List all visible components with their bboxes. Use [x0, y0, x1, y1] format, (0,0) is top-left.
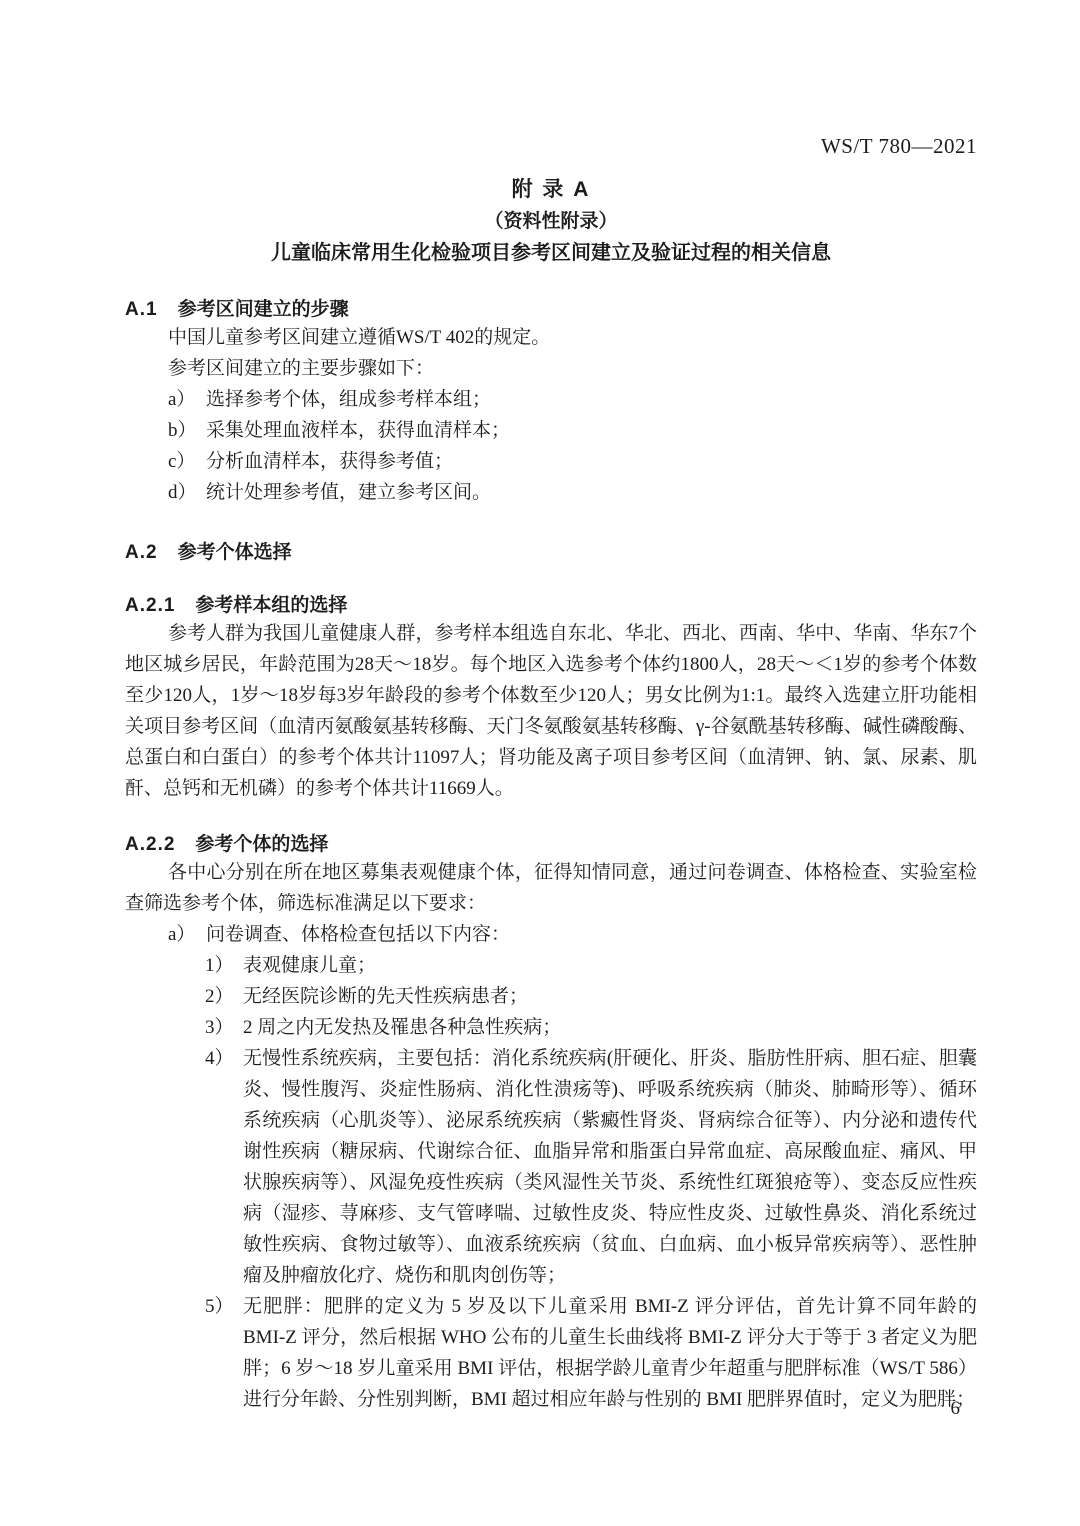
- paragraph: 中国儿童参考区间建立遵循WS/T 402的规定。: [125, 322, 977, 353]
- list-marker: c）: [168, 446, 206, 477]
- section-title: 参考个体的选择: [195, 834, 328, 855]
- section-heading-a22: A.2.2参考个体的选择: [125, 832, 977, 857]
- list-item: b） 采集处理血液样本，获得血清样本；: [168, 415, 977, 446]
- list-item: d） 统计处理参考值，建立参考区间。: [168, 477, 977, 508]
- list-item: a） 问卷调查、体格检查包括以下内容：: [168, 919, 977, 950]
- list-item: a） 选择参考个体，组成参考样本组；: [168, 384, 977, 415]
- list-item-text: 选择参考个体，组成参考样本组；: [206, 384, 977, 415]
- appendix-subtitle: （资料性附录）: [125, 209, 977, 235]
- list-item-text: 2 周之内无发热及罹患各种急性疾病；: [243, 1012, 977, 1043]
- section-heading-a1: A.1参考区间建立的步骤: [125, 297, 977, 322]
- list-marker: 5）: [205, 1291, 243, 1322]
- section-heading-a2: A.2参考个体选择: [125, 540, 977, 565]
- criteria-list: a） 问卷调查、体格检查包括以下内容：: [168, 919, 977, 950]
- list-item-text: 无经医院诊断的先天性疾病患者；: [243, 981, 977, 1012]
- section-title: 参考个体选择: [178, 542, 292, 563]
- list-item-text: 采集处理血液样本，获得血清样本；: [206, 415, 977, 446]
- list-item-text: 分析血清样本，获得参考值；: [206, 446, 977, 477]
- list-marker: 4）: [205, 1043, 243, 1074]
- steps-list: a） 选择参考个体，组成参考样本组； b） 采集处理血液样本，获得血清样本； c…: [168, 384, 977, 508]
- list-item: c） 分析血清样本，获得参考值；: [168, 446, 977, 477]
- list-marker: 2）: [205, 981, 243, 1012]
- appendix-title: 附 录 A: [125, 176, 977, 203]
- list-item-text: 无肥胖：肥胖的定义为 5 岁及以下儿童采用 BMI-Z 评分评估，首先计算不同年…: [243, 1291, 977, 1415]
- page-number: 6: [951, 1396, 961, 1422]
- paragraph: 参考人群为我国儿童健康人群，参考样本组选自东北、华北、西北、西南、华中、华南、华…: [125, 618, 977, 804]
- list-marker: a）: [168, 384, 206, 415]
- list-marker: a）: [168, 919, 206, 950]
- list-item-text: 表观健康儿童；: [243, 950, 977, 981]
- list-item-text: 无慢性系统疾病，主要包括：消化系统疾病(肝硬化、肝炎、脂肪性肝病、胆石症、胆囊炎…: [243, 1043, 977, 1291]
- section-heading-a21: A.2.1参考样本组的选择: [125, 593, 977, 618]
- list-item: 1） 表观健康儿童；: [205, 950, 977, 981]
- list-item: 4） 无慢性系统疾病，主要包括：消化系统疾病(肝硬化、肝炎、脂肪性肝病、胆石症、…: [205, 1043, 977, 1291]
- list-item: 2） 无经医院诊断的先天性疾病患者；: [205, 981, 977, 1012]
- list-item-text: 统计处理参考值，建立参考区间。: [206, 477, 977, 508]
- list-marker: 3）: [205, 1012, 243, 1043]
- page-content: WS/T 780—2021 附 录 A （资料性附录） 儿童临床常用生化检验项目…: [125, 0, 977, 1415]
- list-item-text: 问卷调查、体格检查包括以下内容：: [206, 919, 977, 950]
- doc-number: WS/T 780—2021: [125, 133, 977, 160]
- document-page: WS/T 780—2021 附 录 A （资料性附录） 儿童临床常用生化检验项目…: [0, 0, 1080, 1526]
- section-number: A.2.2: [125, 832, 175, 857]
- section-number: A.2: [125, 540, 158, 565]
- appendix-heading: 儿童临床常用生化检验项目参考区间建立及验证过程的相关信息: [125, 240, 977, 267]
- section-number: A.2.1: [125, 593, 175, 618]
- list-item: 5） 无肥胖：肥胖的定义为 5 岁及以下儿童采用 BMI-Z 评分评估，首先计算…: [205, 1291, 977, 1415]
- criteria-sublist: 1） 表观健康儿童； 2） 无经医院诊断的先天性疾病患者； 3） 2 周之内无发…: [205, 950, 977, 1415]
- section-title: 参考样本组的选择: [195, 595, 347, 616]
- list-marker: 1）: [205, 950, 243, 981]
- list-item: 3） 2 周之内无发热及罹患各种急性疾病；: [205, 1012, 977, 1043]
- paragraph: 各中心分别在所在地区募集表观健康个体，征得知情同意，通过问卷调查、体格检查、实验…: [125, 857, 977, 919]
- section-number: A.1: [125, 297, 158, 322]
- list-marker: b）: [168, 415, 206, 446]
- paragraph: 参考区间建立的主要步骤如下：: [125, 353, 977, 384]
- list-marker: d）: [168, 477, 206, 508]
- section-title: 参考区间建立的步骤: [178, 299, 349, 320]
